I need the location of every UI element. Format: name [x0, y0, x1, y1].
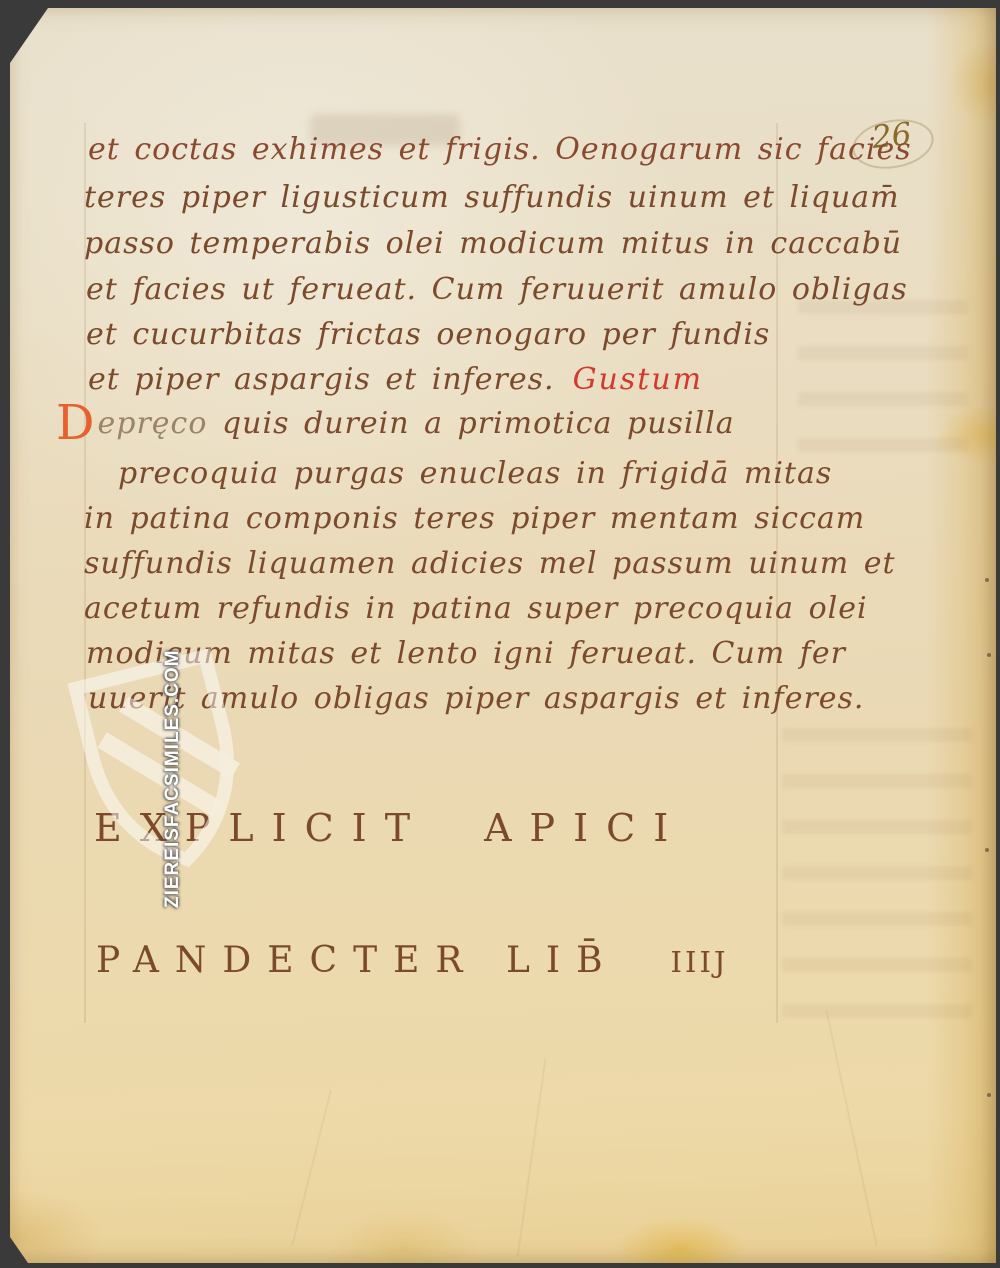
bleed-through-text	[782, 728, 972, 1038]
parchment-corner-cut	[10, 8, 48, 63]
colophon-line: PANDECTER LIB̄IIIJ	[96, 940, 729, 981]
manuscript-page: 26 et coctas exhimes et frigis. Oenogaru…	[10, 8, 996, 1263]
manuscript-line-5: et cucurbitas frictas oenogaro per fundi…	[86, 317, 770, 352]
manuscript-line-3: passo temperabis olei modicum mitus in c…	[84, 226, 902, 261]
manuscript-line-6: et piper aspargis et inferes.Gustum	[88, 362, 703, 397]
line-7-text: quis durein a primotica pusilla	[207, 406, 734, 441]
manuscript-line-8: precoquia purgas enucleas in frigidā mit…	[118, 456, 832, 491]
parchment-corner-cut-bottom	[10, 1237, 28, 1263]
parchment-crease	[825, 1010, 878, 1245]
binding-speck	[987, 1093, 991, 1097]
bleed-through-text	[798, 300, 968, 480]
manuscript-line-7: Depręco quis durein a primotica pusilla	[56, 406, 735, 441]
binding-speck	[987, 653, 991, 657]
parchment-crease	[516, 1059, 547, 1257]
manuscript-line-2: teres piper ligusticum suffundis uinum e…	[84, 180, 900, 215]
manuscript-line-1: et coctas exhimes et frigis. Oenogarum s…	[88, 132, 912, 167]
colophon-book-numeral: IIIJ	[671, 945, 729, 979]
watermark-text: ZIEREISFACSIMILES.COM	[162, 672, 184, 908]
binding-speck	[985, 578, 989, 582]
rubric-gustum: Gustum	[573, 362, 704, 397]
manuscript-line-11: acetum refundis in patina super precoqui…	[84, 591, 868, 626]
line-7-faded-word: epręco	[97, 406, 207, 441]
manuscript-line-9: in patina componis teres piper mentam si…	[84, 501, 865, 536]
rubricated-initial: D	[56, 395, 95, 451]
binding-speck	[985, 848, 989, 852]
manuscript-line-10: suffundis liquamen adicies mel passum ui…	[84, 546, 896, 581]
colophon-text: PANDECTER LIB̄	[96, 940, 619, 981]
parchment-crease	[291, 1090, 333, 1246]
line-6-text: et piper aspargis et inferes.	[88, 362, 555, 397]
manuscript-line-4: et facies ut ferueat. Cum feruuerit amul…	[86, 272, 908, 307]
facsimile-photo: 26 et coctas exhimes et frigis. Oenogaru…	[0, 0, 1000, 1268]
